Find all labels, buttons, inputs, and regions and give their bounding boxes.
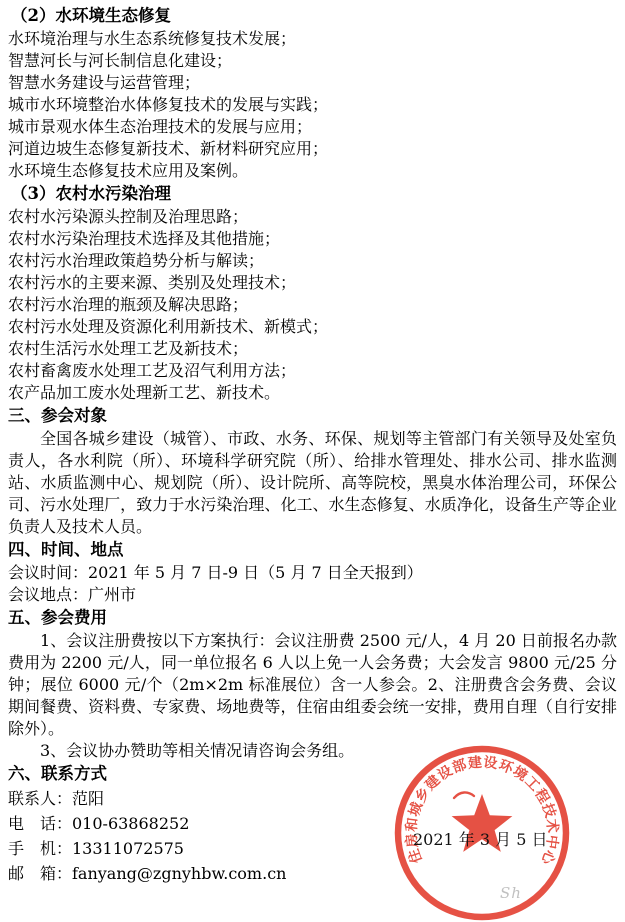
topic-line: 农村水污染治理技术选择及其他措施； — [8, 228, 617, 250]
topic-line: 农村污水治理的瓶颈及解决思路； — [8, 294, 617, 316]
topic-line: 水环境生态修复技术应用及案例。 — [8, 160, 617, 182]
meeting-place-line: 会议地点：广州市 — [8, 584, 617, 606]
topic-line: 智慧水务建设与运营管理； — [8, 72, 617, 94]
topic-line: 城市水环境整治水体修复技术的发展与实践； — [8, 94, 617, 116]
topic-line: 农村水污染源头控制及治理思路； — [8, 206, 617, 228]
topic-line: 城市景观水体生态治理技术的发展与应用； — [8, 116, 617, 138]
topic-line: 农村生活污水处理工艺及新技术； — [8, 338, 617, 360]
topic-line: 农产品加工废水处理新工艺、新技术。 — [8, 382, 617, 404]
topic-line: 农村畜禽废水处理工艺及沼气利用方法； — [8, 360, 617, 382]
topic-line: 农村污水的主要来源、类别及处理技术； — [8, 272, 617, 294]
section-heading-contact: 六、联系方式 — [8, 762, 617, 786]
document-page: （2）水环境生态修复 水环境治理与水生态系统修复技术发展； 智慧河长与河长制信息… — [0, 0, 625, 922]
section-heading-fees: 五、参会费用 — [8, 606, 617, 630]
attendees-paragraph: 全国各城乡建设（城管）、市政、水务、环保、规划等主管部门有关领导及处室负责人，各… — [8, 428, 617, 538]
topic-line: 农村污水治理政策趋势分析与解读； — [8, 250, 617, 272]
contact-person-line: 联系人：范阳 — [8, 786, 617, 811]
topic-line: 农村污水处理及资源化利用新技术、新模式； — [8, 316, 617, 338]
sponsorship-line: 3、会议协办赞助等相关情况请咨询会务组。 — [8, 740, 617, 762]
seal-date: 2021 年 3 月 5 日 — [413, 827, 548, 850]
fees-paragraph: 1、会议注册费按以下方案执行：会议注册费 2500 元/人，4 月 20 日前报… — [8, 630, 617, 740]
topic-line: 河道边坡生态修复新技术、新材料研究应用； — [8, 138, 617, 160]
topic-line: 水环境治理与水生态系统修复技术发展； — [8, 28, 617, 50]
meeting-time-line: 会议时间：2021 年 5 月 7 日-9 日（5 月 7 日全天报到） — [8, 562, 617, 584]
topic-line: 智慧河长与河长制信息化建设； — [8, 50, 617, 72]
section-heading-3: （3）农村水污染治理 — [8, 182, 617, 206]
watermark-fragment: Sh — [500, 884, 522, 902]
section-heading-2: （2）水环境生态修复 — [8, 4, 617, 28]
contact-email-line: 邮 箱：fanyang@zgnyhbw.com.cn — [8, 861, 617, 886]
section-heading-time-place: 四、时间、地点 — [8, 538, 617, 562]
section-heading-attendees: 三、参会对象 — [8, 404, 617, 428]
